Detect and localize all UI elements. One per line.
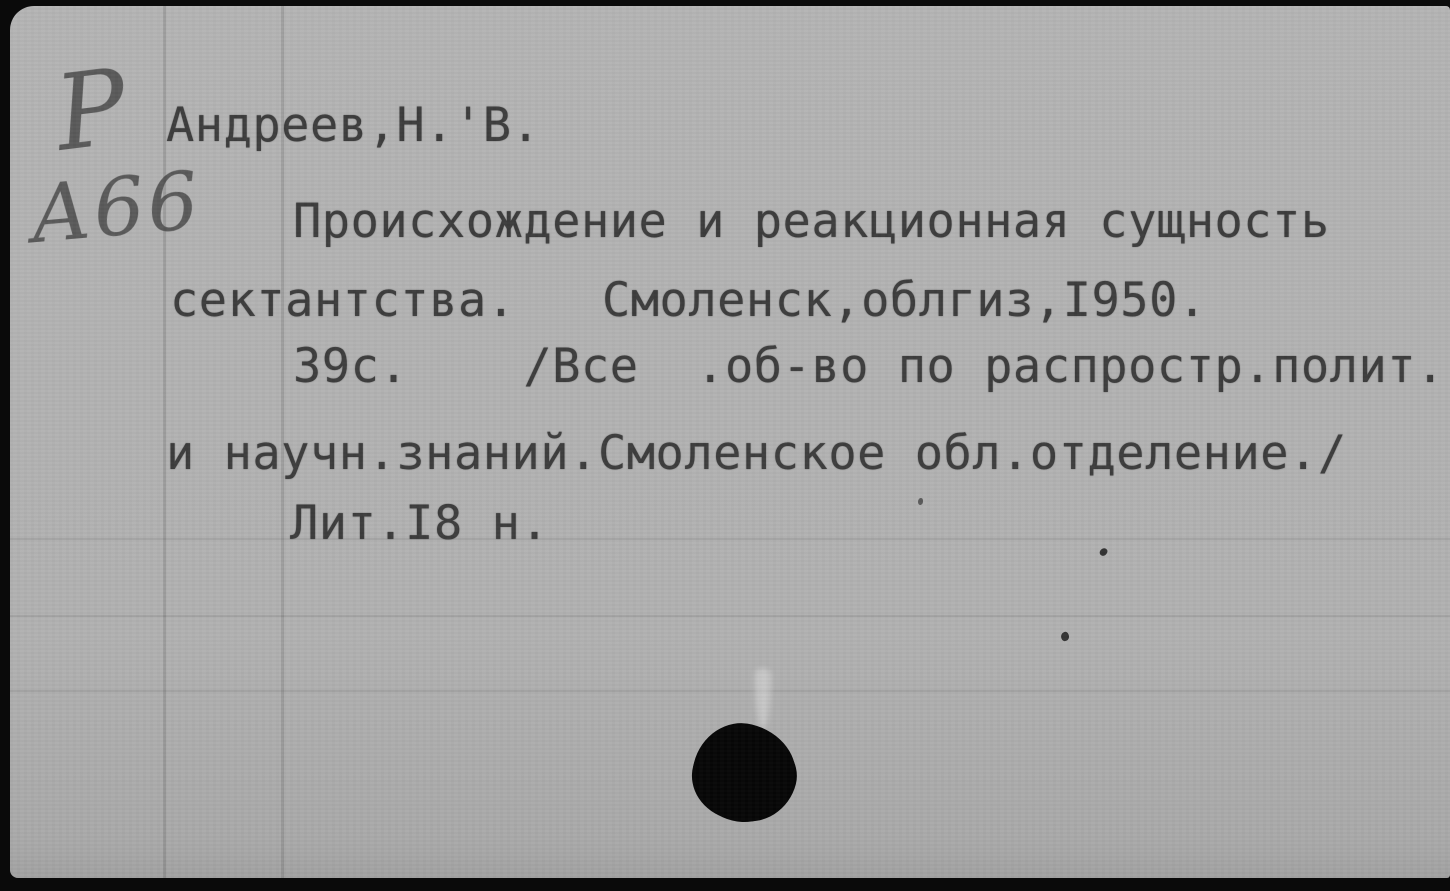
ink-speck [1098,547,1108,557]
ink-speck [918,498,923,505]
punch-hole [683,713,806,833]
handwritten-call-letter: Р [50,54,132,166]
horizontal-rule-line [10,615,1450,617]
literature-note-line: Лит.I8 н. [290,500,549,547]
title-imprint-line: сектантства. Смоленск,облгиз,I950. [170,277,1207,324]
horizontal-rule-line [10,690,1450,692]
handwritten-call-code: А66 [27,161,205,256]
horizontal-rule-line [10,538,1450,540]
collation-line: 39с. /Все .об-во по распростр.полит. [293,343,1445,390]
author-line: Андреев,Н.'В. [166,102,540,149]
title-line: Происхождение и реакционная сущность [293,198,1330,245]
ink-speck [1060,631,1071,642]
catalog-card: Р А66 Андреев,Н.'В. Происхождение и реак… [10,6,1450,878]
scan-light-streak [755,668,771,730]
scanned-catalog-card-image: Р А66 Андреев,Н.'В. Происхождение и реак… [0,0,1450,891]
series-line: и научн.знаний.Смоленское обл.отделение.… [166,430,1347,477]
